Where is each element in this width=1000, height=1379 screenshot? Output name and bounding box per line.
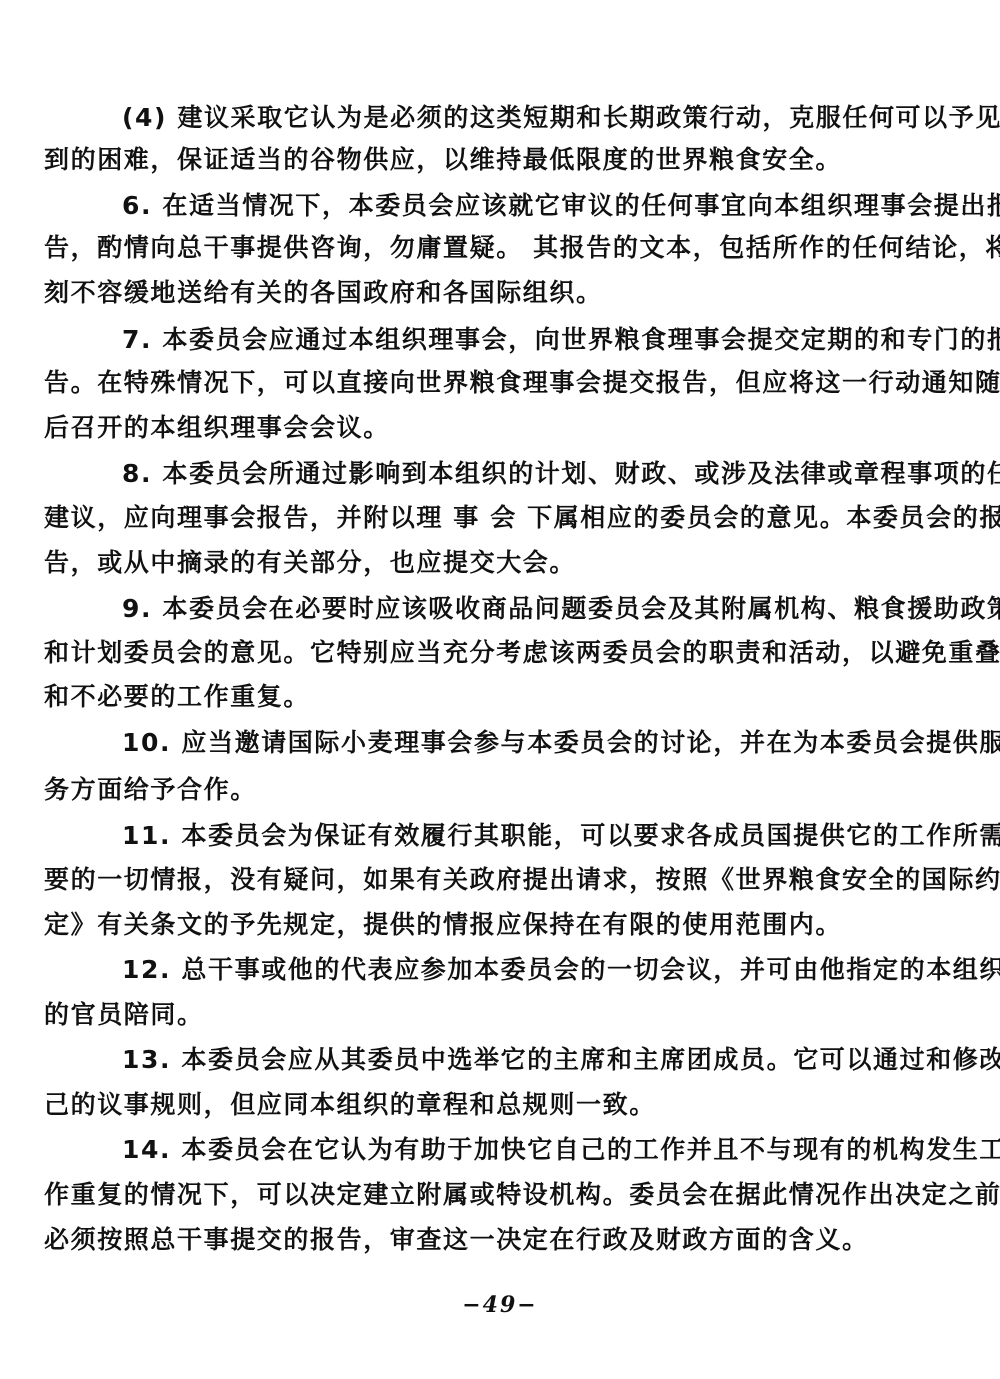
paragraph-8-line-3: 告，或从中摘录的有关部分，也应提交大会。 (44, 547, 956, 579)
paragraph-8-line-1: 8. 本委员会所通过影响到本组织的计划、财政、或涉及法律或章程事项的任何 (122, 458, 956, 490)
paragraph-11-line-3: 定》有关条文的予先规定，提供的情报应保持在有限的使用范围内。 (44, 909, 956, 941)
paragraph-11-line-1: 11. 本委员会为保证有效履行其职能，可以要求各成员国提供它的工作所需 (122, 820, 956, 852)
document-page: (4) 建议采取它认为是必须的这类短期和长期政策行动，克服任何可以予见 到的困难… (0, 0, 1000, 1379)
paragraph-6-line-3: 刻不容缓地送给有关的各国政府和各国际组织。 (44, 277, 956, 309)
paragraph-11-line-2: 要的一切情报，没有疑问，如果有关政府提出请求，按照《世界粮食安全的国际约 (44, 864, 956, 896)
paragraph-7-line-2: 告。在特殊情况下，可以直接向世界粮食理事会提交报告，但应将这一行动通知随 (44, 367, 956, 399)
paragraph-9-line-1: 9. 本委员会在必要时应该吸收商品问题委员会及其附属机构、粮食援助政策 (122, 593, 956, 625)
paragraph-6-line-2: 告，酌情向总干事提供咨询，勿庸置疑。 其报告的文本，包括所作的任何结论，将 (44, 232, 956, 264)
paragraph-9-line-2: 和计划委员会的意见。它特别应当充分考虑该两委员会的职责和活动，以避免重叠 (44, 637, 956, 669)
paragraph-4-line-2: 到的困难，保证适当的谷物供应，以维持最低限度的世界粮食安全。 (44, 144, 956, 176)
paragraph-13-line-2: 己的议事规则，但应同本组织的章程和总规则一致。 (44, 1089, 956, 1121)
paragraph-10-line-1: 10. 应当邀请国际小麦理事会参与本委员会的讨论，并在为本委员会提供服 (122, 727, 956, 759)
page-number: −49− (0, 1292, 1000, 1318)
paragraph-14-line-1: 14. 本委员会在它认为有助于加快它自己的工作并且不与现有的机构发生工 (122, 1134, 956, 1166)
paragraph-12-line-2: 的官员陪同。 (44, 999, 956, 1031)
paragraph-14-line-2: 作重复的情况下，可以决定建立附属或特设机构。委员会在据此情况作出决定之前， (44, 1179, 956, 1211)
paragraph-9-line-3: 和不必要的工作重复。 (44, 681, 956, 713)
paragraph-13-line-1: 13. 本委员会应从其委员中选举它的主席和主席团成员。它可以通过和修改自 (122, 1044, 956, 1076)
paragraph-6-line-1: 6. 在适当情况下，本委员会应该就它审议的任何事宜向本组织理事会提出报 (122, 190, 956, 222)
paragraph-4-line-1: (4) 建议采取它认为是必须的这类短期和长期政策行动，克服任何可以予见 (122, 102, 956, 134)
paragraph-8-line-2: 建议，应向理事会报告，并附以理 事 会 下属相应的委员会的意见。本委员会的报 (44, 502, 956, 534)
paragraph-12-line-1: 12. 总干事或他的代表应参加本委员会的一切会议，并可由他指定的本组织 (122, 954, 956, 986)
paragraph-7-line-1: 7. 本委员会应通过本组织理事会，向世界粮食理事会提交定期的和专门的报 (122, 324, 956, 356)
paragraph-7-line-3: 后召开的本组织理事会会议。 (44, 412, 956, 444)
paragraph-14-line-3: 必须按照总干事提交的报告，审查这一决定在行政及财政方面的含义。 (44, 1224, 956, 1256)
paragraph-10-line-2: 务方面给予合作。 (44, 774, 956, 806)
